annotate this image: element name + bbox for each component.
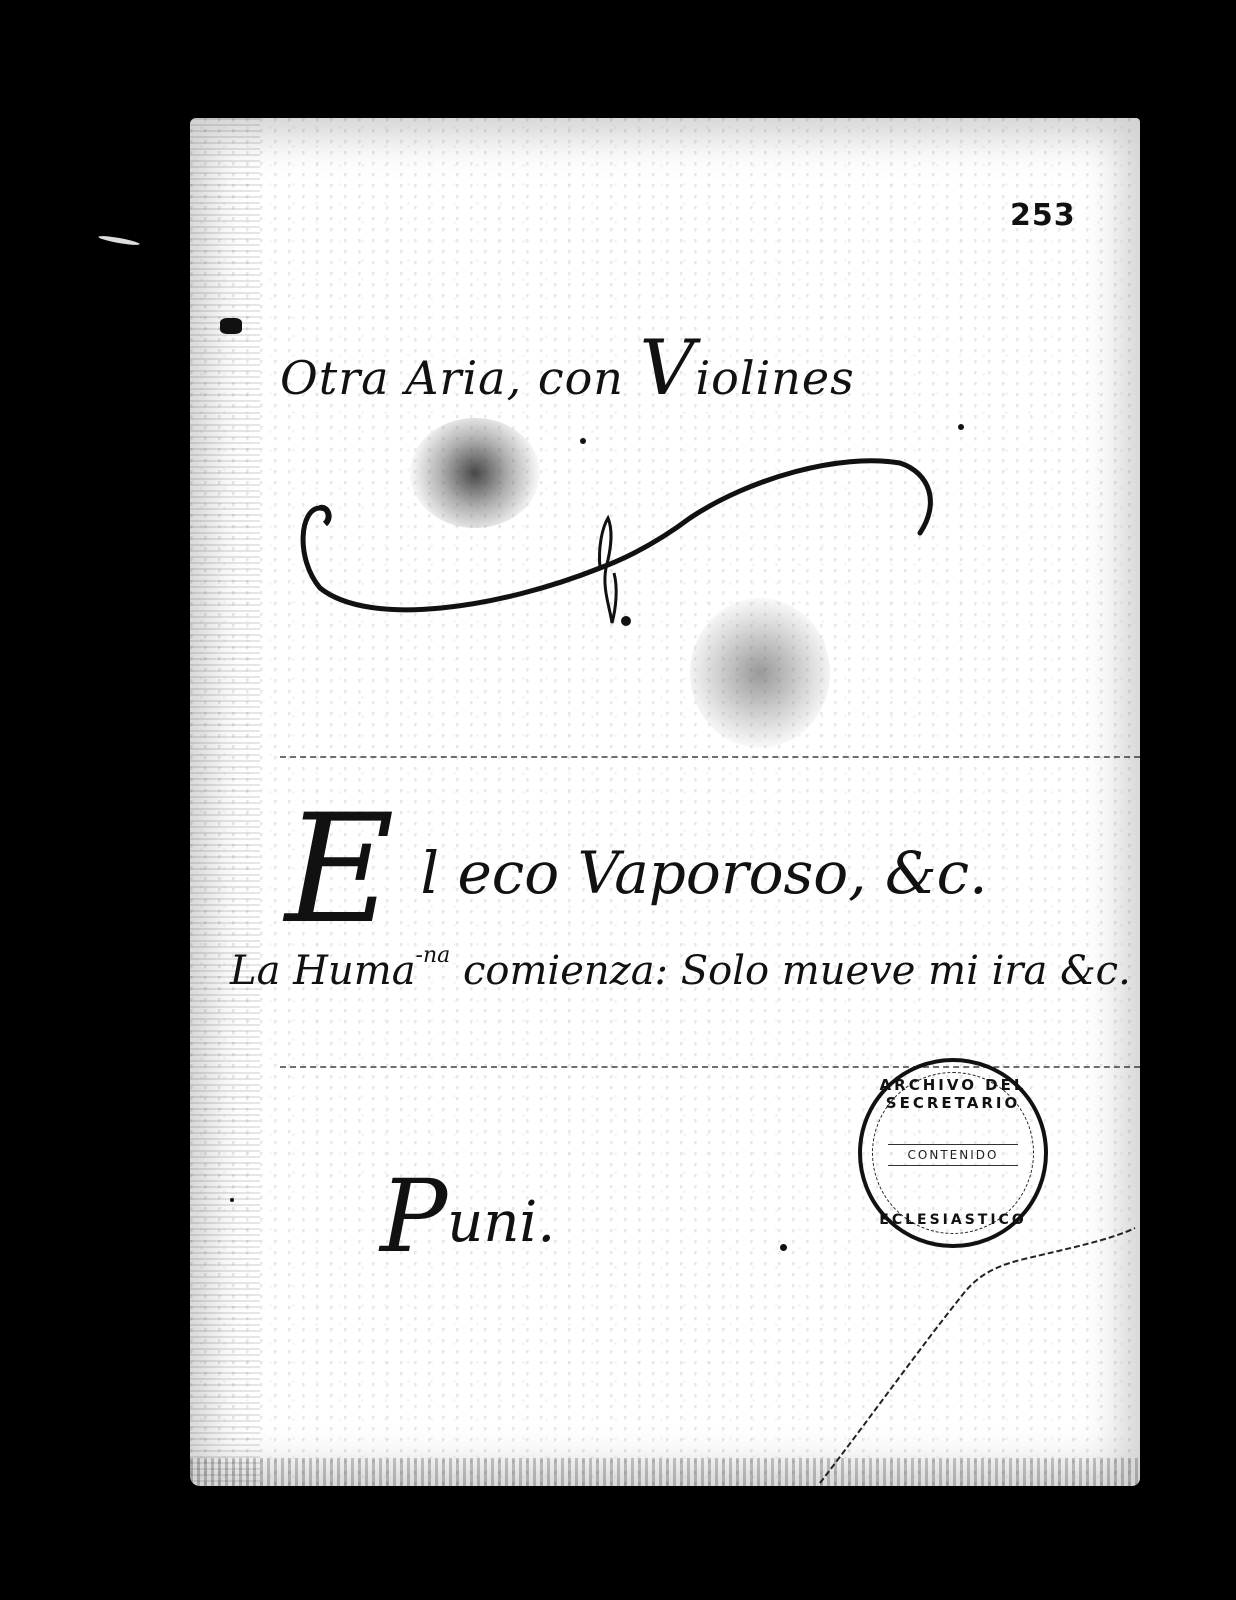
ink-speck [780, 1244, 787, 1251]
incipit-word: Huma [293, 948, 415, 994]
incipit-line: La Huma-na comienza: Solo mueve mi ira &… [230, 943, 1131, 994]
composer-line: Puni. [380, 1158, 555, 1275]
scan-artifact-mark [98, 234, 140, 246]
instrument-initial: V [640, 323, 696, 412]
scan-artifact-line [280, 756, 1140, 758]
ink-speck [580, 438, 586, 444]
folio-number: 253 [1010, 198, 1076, 233]
heading-text: l eco Vaporoso, &c. [421, 839, 988, 907]
heading-initial: E [285, 783, 395, 957]
incipit-rest: comienza: Solo mueve mi ira &c. [450, 948, 1131, 994]
ornamental-flourish-icon [280, 458, 940, 648]
title-prefix: Otra [280, 351, 405, 405]
incipit-superscript: -na [416, 943, 451, 968]
composer-text: uni. [447, 1190, 555, 1255]
page-fold-crease-icon [810, 1198, 1140, 1486]
manuscript-page: 253 Otra Aria, con Violines El eco Vapor… [190, 118, 1140, 1486]
heading-line: El eco Vaporoso, &c. [285, 783, 988, 957]
scan-frame: 253 Otra Aria, con Violines El eco Vapor… [0, 0, 1236, 1600]
ink-speck [230, 1198, 234, 1202]
title-line: Otra Aria, con Violines [280, 323, 855, 412]
ink-speck [958, 424, 964, 430]
stamp-center-text: CONTENIDO [888, 1144, 1018, 1166]
scan-artifact-line [280, 1066, 1140, 1068]
title-joiner: , con [507, 351, 640, 405]
instrument-rest: iolines [695, 351, 854, 405]
incipit-prefix: La [230, 948, 293, 994]
composer-initial: P [380, 1158, 447, 1275]
stamp-top-text: ARCHIVO DEL SECRETARIO [862, 1076, 1044, 1112]
title-aria: Aria [405, 351, 506, 405]
ink-blot [220, 318, 242, 334]
